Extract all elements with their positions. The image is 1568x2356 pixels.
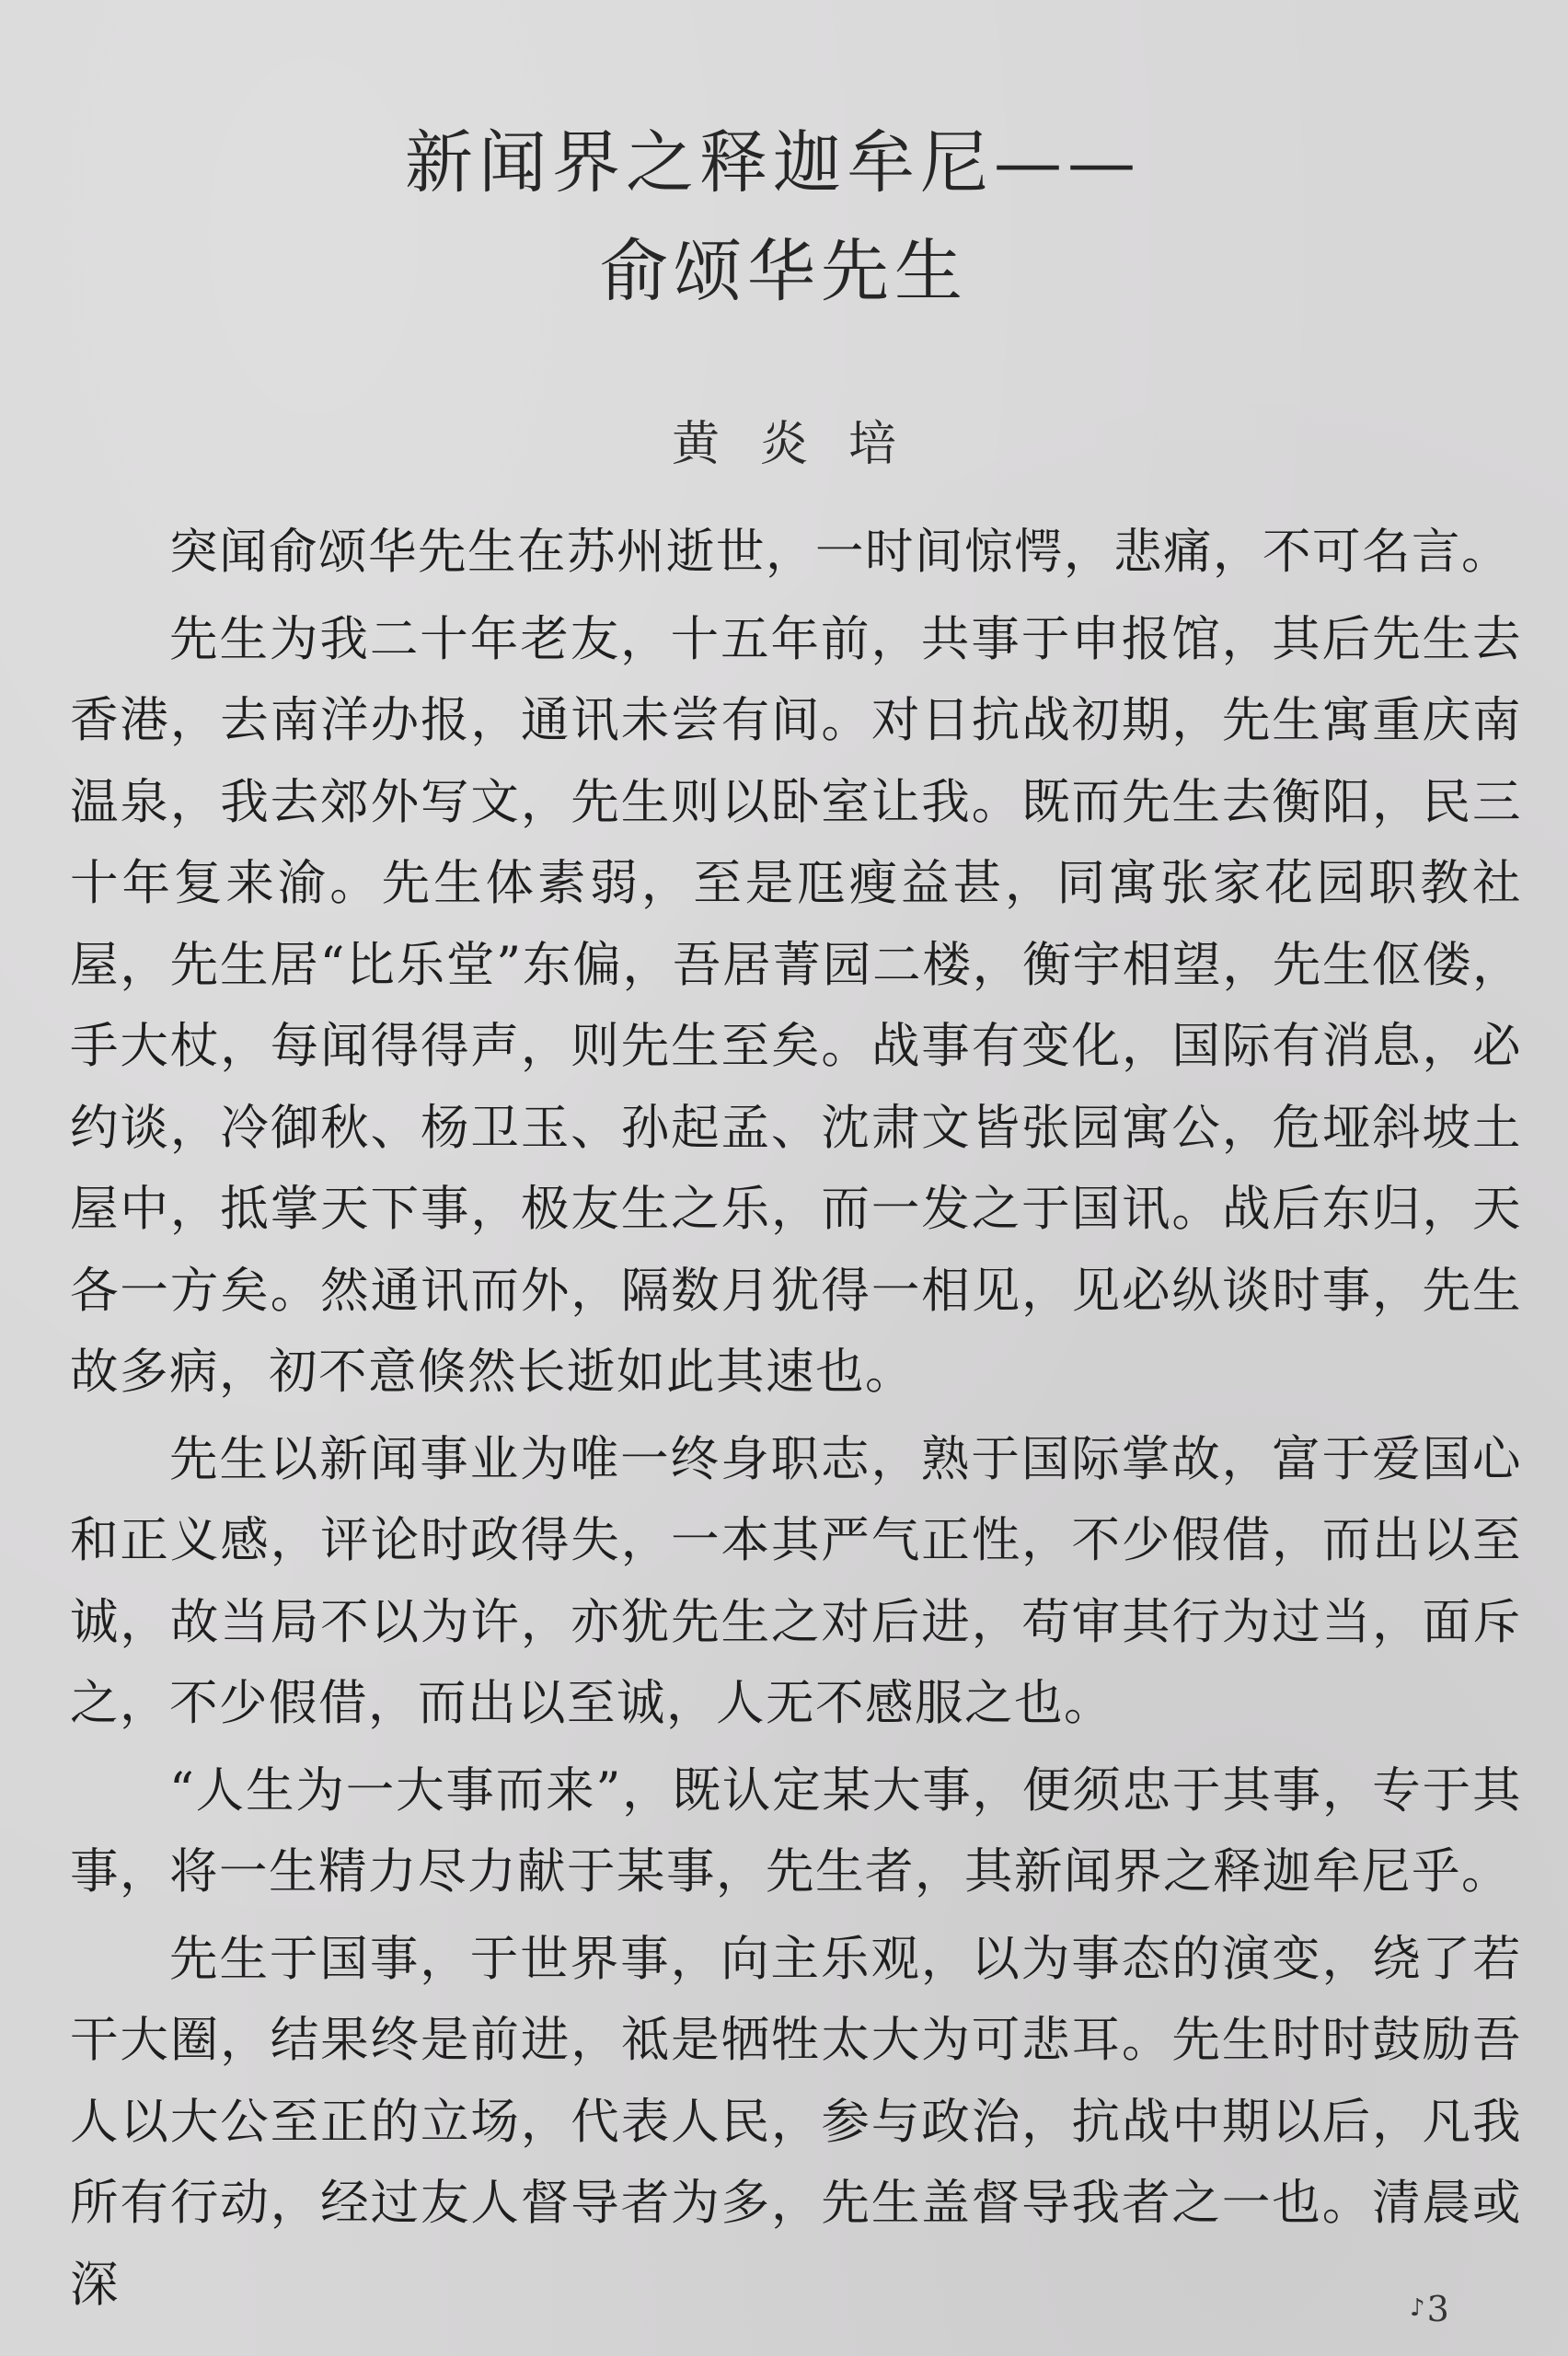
- author-name: 黄炎培: [0, 405, 1568, 474]
- paragraph-1: 突闻俞颂华先生在苏州逝世，一时间惊愕，悲痛，不可名言。: [70, 512, 1522, 594]
- article-body: 突闻俞颂华先生在苏州逝世，一时间惊愕，悲痛，不可名言。 先生为我二十年老友，十五…: [70, 512, 1522, 2326]
- handwritten-mark-icon: ♪: [1410, 2294, 1425, 2322]
- document-page: 新闻界之释迦牟尼—— 俞颂华先生 黄炎培 突闻俞颂华先生在苏州逝世，一时间惊愕，…: [0, 0, 1568, 2356]
- paragraph-3: 先生以新闻事业为唯一终身职志，熟于国际掌故，富于爱国心和正义感，评论时政得失，一…: [70, 1419, 1522, 1745]
- title-line-1: 新闻界之释迦牟尼——: [405, 129, 1141, 197]
- paragraph-5: 先生于国事，于世界事，向主乐观，以为事态的演变，绕了若干大圈，结果终是前进，祗是…: [70, 1919, 1522, 2327]
- page-number-value: 3: [1427, 2289, 1449, 2329]
- page-number: ♪3: [1410, 2289, 1449, 2329]
- paragraph-4: “人生为一大事而来”，既认定某大事，便须忠于其事，专于其事，将一生精力尽力献于某…: [70, 1750, 1522, 1913]
- paragraph-2: 先生为我二十年老友，十五年前，共事于申报馆，其后先生去香港，去南洋办报，通讯未尝…: [70, 599, 1522, 1414]
- title-line-2: 俞颂华先生: [0, 237, 1568, 306]
